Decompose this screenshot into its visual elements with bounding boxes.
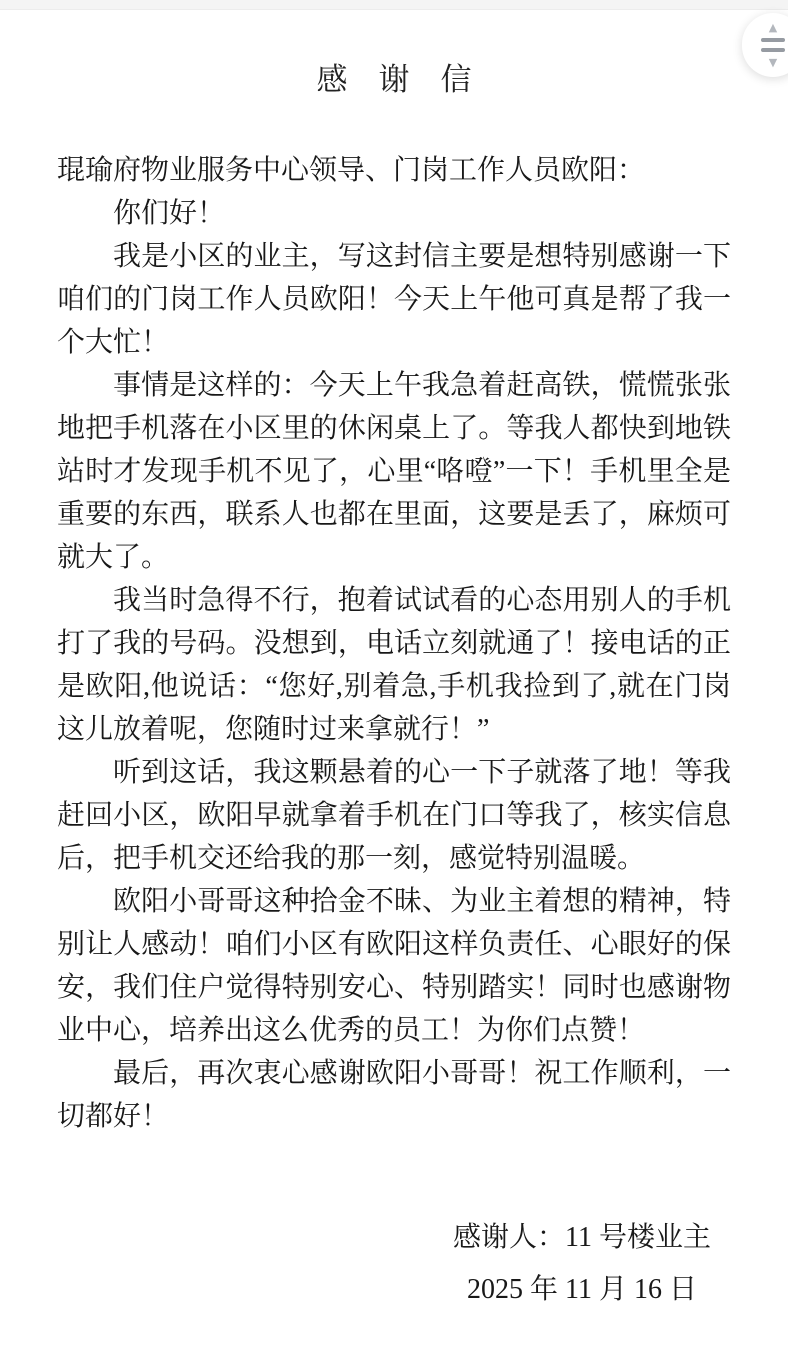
letter-paragraph: 我是小区的业主，写这封信主要是想特别感谢一下咱们的门岗工作人员欧阳！今天上午他可… — [57, 235, 731, 364]
top-bar — [0, 0, 788, 10]
thank-you-letter: 感 谢 信 琨瑜府物业服务中心领导、门岗工作人员欧阳： 你们好！我是小区的业主，… — [0, 10, 788, 1316]
signature-date: 2025 年 11 月 16 日 — [453, 1264, 711, 1316]
letter-paragraph: 最后，再次衷心感谢欧阳小哥哥！祝工作顺利，一切都好！ — [57, 1052, 731, 1138]
letter-body: 琨瑜府物业服务中心领导、门岗工作人员欧阳： 你们好！我是小区的业主，写这封信主要… — [57, 149, 731, 1138]
signature-inner: 感谢人：11 号楼业主 2025 年 11 月 16 日 — [453, 1212, 711, 1316]
letter-paragraphs: 你们好！我是小区的业主，写这封信主要是想特别感谢一下咱们的门岗工作人员欧阳！今天… — [57, 192, 731, 1138]
grip-line-icon — [761, 48, 785, 52]
letter-paragraph: 我当时急得不行，抱着试试看的心态用别人的手机打了我的号码。没想到，电话立刻就通了… — [57, 579, 731, 751]
signature-block: 感谢人：11 号楼业主 2025 年 11 月 16 日 — [57, 1212, 731, 1316]
letter-salutation: 琨瑜府物业服务中心领导、门岗工作人员欧阳： — [57, 149, 731, 192]
scroll-up-icon[interactable]: ▲ — [769, 22, 777, 33]
signature-name: 感谢人：11 号楼业主 — [453, 1212, 711, 1264]
letter-title: 感 谢 信 — [57, 54, 731, 99]
letter-paragraph: 事情是这样的：今天上午我急着赶高铁，慌慌张张地把手机落在小区里的休闲桌上了。等我… — [57, 364, 731, 579]
letter-paragraph: 你们好！ — [57, 192, 731, 235]
letter-paragraph: 听到这话，我这颗悬着的心一下子就落了地！等我赶回小区，欧阳早就拿着手机在门口等我… — [57, 751, 731, 880]
grip-line-icon — [761, 38, 785, 42]
letter-paragraph: 欧阳小哥哥这种拾金不昧、为业主着想的精神，特别让人感动！咱们小区有欧阳这样负责任… — [57, 880, 731, 1052]
scroll-down-icon[interactable]: ▼ — [769, 57, 777, 68]
